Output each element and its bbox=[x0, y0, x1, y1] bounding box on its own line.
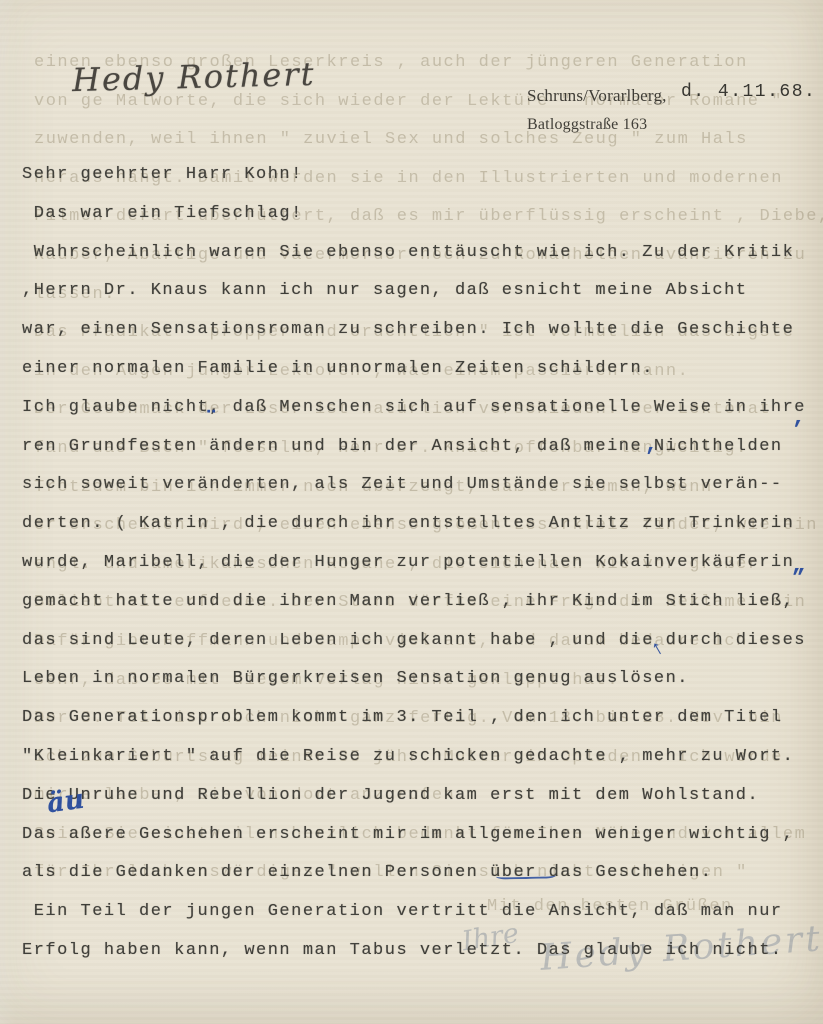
typed-line: einer normalen Familie in unnormalen Zei… bbox=[22, 350, 818, 389]
typed-line: Ein Teil der jungen Generation vertritt … bbox=[22, 893, 818, 932]
letter-body: Sehr geehrter Harr Kohn! Das war ein Tie… bbox=[22, 156, 818, 971]
blue-apostrophe-mark: ’ bbox=[791, 418, 804, 443]
typed-line: Erfolg haben kann, wenn man Tabus verlet… bbox=[22, 932, 818, 971]
typed-line: als die Gedanken der einzelnen Personen … bbox=[22, 854, 818, 893]
typed-line: ,Herrn Dr. Knaus kann ich nur sagen, daß… bbox=[22, 272, 818, 311]
typed-line: Ich glaube nicht, daß Menschen sich auf … bbox=[22, 389, 818, 428]
letterhead-place: Schruns/Vorarlberg, bbox=[527, 86, 667, 106]
typed-line: ren Grundfesten ändern und bin der Ansic… bbox=[22, 428, 818, 467]
typed-line: derten. ( Katrin , die durch ihr entstel… bbox=[22, 505, 818, 544]
typed-line: gemacht hatte und die ihren Mann verließ… bbox=[22, 583, 818, 622]
typed-date: d. 4.11.68. bbox=[681, 82, 816, 102]
letterhead-street: Batloggstraße 163 bbox=[527, 116, 647, 134]
ghost-line: zuwenden, weil ihnen " zuviel Sex und so… bbox=[34, 121, 823, 160]
blue-aeu-correction: äu bbox=[45, 784, 86, 820]
typed-line: Die Unruhe und Rebellion der Jugend kam … bbox=[22, 777, 818, 816]
typed-line: Das aßere Geschehen erscheint mir im all… bbox=[22, 816, 818, 855]
typed-line: Das war ein Tiefschlag! bbox=[22, 195, 818, 234]
letter-page: einen ebenso großen Leserkreis , auch de… bbox=[0, 0, 823, 1024]
blue-umlaut-mark: ¨ bbox=[204, 408, 218, 435]
typed-line: das sind Leute, deren Leben ich gekannt … bbox=[22, 622, 818, 661]
typed-line: wurde, Maribell, die der Hunger zur pote… bbox=[22, 544, 818, 583]
typed-line: sich soweit veränderten, als Zeit und Um… bbox=[22, 466, 818, 505]
typed-line: war, einen Sensationsroman zu schreiben.… bbox=[22, 311, 818, 350]
typed-line: Wahrscheinlich waren Sie ebenso enttäusc… bbox=[22, 234, 818, 273]
blue-quote-mark: ” bbox=[792, 566, 805, 591]
blue-inserted-comma: , bbox=[645, 434, 658, 457]
letterhead-name: Hedy Rothert bbox=[72, 55, 316, 99]
typed-line: Sehr geehrter Harr Kohn! bbox=[22, 156, 818, 195]
typed-line: Das Generationsproblem kommt im 3. Teil … bbox=[22, 699, 818, 738]
typed-line: Leben in normalen Bürgerkreisen Sensatio… bbox=[22, 660, 818, 699]
typed-line: "Kleinkariert " auf die Reise zu schicke… bbox=[22, 738, 818, 777]
